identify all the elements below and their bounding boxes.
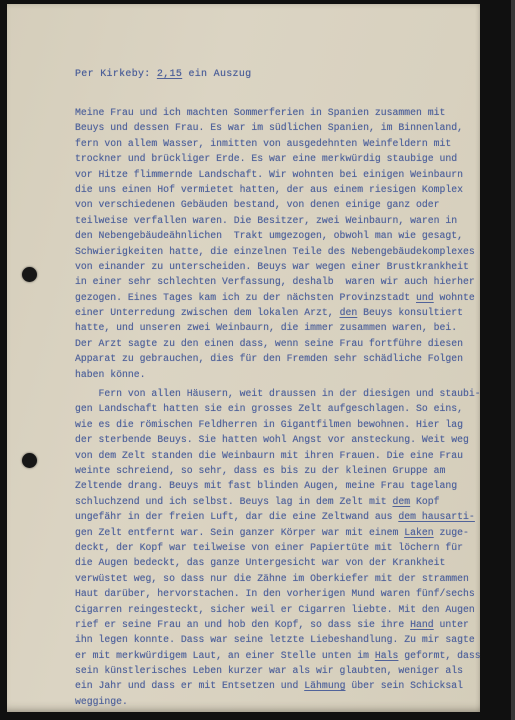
underlined-word: Laken	[404, 527, 433, 538]
text-line: verwüstet weg, so dass nur die Zähne im …	[75, 571, 481, 586]
underlined-word: dem hausarti-	[398, 511, 474, 522]
text-line: Fern von allen Häusern, weit draussen in…	[75, 386, 481, 401]
text-line: von dem Zelt standen die Weinbaurn mit i…	[75, 448, 481, 463]
underlined-word: Hals	[375, 650, 399, 661]
text-line: trockner und brückliger Erde. Es war ein…	[75, 151, 481, 166]
underlined-word: dem	[392, 496, 410, 507]
text-line: rief er seine Frau an und hob den Kopf, …	[75, 617, 481, 632]
underlined-word: und	[416, 292, 434, 303]
underlined-word: den	[340, 307, 358, 318]
text-line: deckt, der Kopf war teilweise von einer …	[75, 540, 481, 555]
text-line: ihn legen konnte. Dass war seine letzte …	[75, 632, 481, 647]
text-line: gezogen. Eines Tages kam ich zu der näch…	[75, 290, 481, 305]
text-line: die Augen bedeckt, das ganze Untergesich…	[75, 555, 481, 570]
text-line: gen Zelt entfernt war. Sein ganzer Körpe…	[75, 525, 481, 540]
text-line: in einer sehr schlechten Verfassung, des…	[75, 274, 481, 289]
text-line: der sterbende Beuys. Sie hatten wohl Ang…	[75, 432, 481, 447]
text-line: Cigarren reingesteckt, sicher weil er Ci…	[75, 602, 481, 617]
text-line: die uns einen Hof vermietet hatten, der …	[75, 182, 481, 197]
text-line: von einander zu unterscheiden. Beuys war…	[75, 259, 481, 274]
text-line: vor Hitze flimmernde Landschaft. Wir woh…	[75, 167, 481, 182]
background-edge	[511, 0, 515, 720]
text-line: wegginge.	[75, 694, 481, 709]
text-line: fern von allem Wasser, inmitten von ausg…	[75, 136, 481, 151]
text-line: gen Landschaft hatten sie ein grosses Ze…	[75, 401, 481, 416]
text-line: Der Arzt sagte zu den einen dass, wenn s…	[75, 336, 481, 351]
text-line: ein Jahr und dass er mit Entsetzen und L…	[75, 678, 481, 693]
text-line: sein künstlerisches Leben kurzer war als…	[75, 663, 481, 678]
punch-hole-bottom	[22, 453, 37, 468]
text-line: Meine Frau und ich machten Sommerferien …	[75, 105, 481, 120]
photo-background: Per Kirkeby: 2,15 ein Auszug Meine Frau …	[0, 0, 515, 720]
underlined-word: Hand	[410, 619, 434, 630]
underlined-word: 2,15	[157, 69, 182, 80]
text-line: Beuys und dessen Frau. Es war im südlich…	[75, 120, 481, 135]
text-line: wie es die römischen Feldherren in Gigan…	[75, 417, 481, 432]
paragraph: Meine Frau und ich machten Sommerferien …	[75, 105, 481, 382]
text-line: teilweise verfallen waren. Die Besitzer,…	[75, 213, 481, 228]
text-line: Apparat zu gebrauchen, dies für den Frem…	[75, 351, 481, 366]
text-line: haben könne.	[75, 367, 481, 382]
punch-hole-top	[22, 267, 37, 282]
text-line: weinte schreiend, so sehr, dass es bis z…	[75, 463, 481, 478]
document-body: Meine Frau und ich machten Sommerferien …	[75, 105, 481, 709]
text-line: er mit merkwürdigem Laut, an einer Stell…	[75, 648, 481, 663]
text-line: von verschiedenen Gebäuden bestand, von …	[75, 197, 481, 212]
text-line: schluchzend und ich selbst. Beuys lag in…	[75, 494, 481, 509]
text-line: Haut darüber, hervorstachen. In den vorh…	[75, 586, 481, 601]
text-line: hatte, und unseren zwei Weinbaurn, die i…	[75, 320, 481, 335]
text-line: Schwierigkeiten hatte, die einzelnen Tei…	[75, 244, 481, 259]
page-title: Per Kirkeby: 2,15 ein Auszug	[75, 69, 251, 80]
text-line: Zeltende drang. Beuys mit fast blinden A…	[75, 478, 481, 493]
text-line: ungefähr in der freien Luft, dar die ein…	[75, 509, 481, 524]
text-line: einer Unterredung zwischen dem lokalen A…	[75, 305, 481, 320]
text-line: den Nebengebäudeähnlichen Trakt umgezoge…	[75, 228, 481, 243]
document-page: Per Kirkeby: 2,15 ein Auszug Meine Frau …	[7, 4, 480, 712]
underlined-word: Lähmung	[304, 680, 345, 691]
paragraph: Fern von allen Häusern, weit draussen in…	[75, 386, 481, 709]
